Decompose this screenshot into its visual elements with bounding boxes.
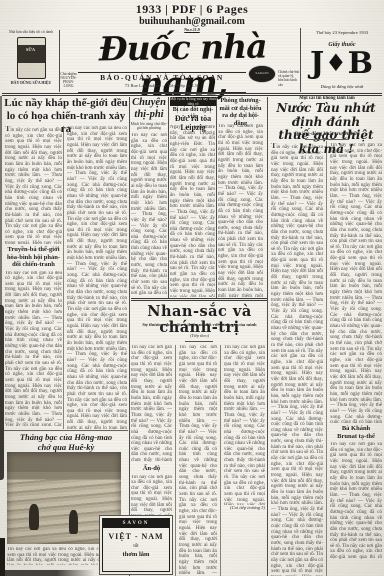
photo-figure-1	[29, 504, 39, 530]
china-headline-line1: Nước Tàu nhứt định đánh	[268, 102, 384, 129]
column-rule-cd	[216, 97, 217, 298]
gossip-title: Chuyện thị-phi	[130, 97, 168, 121]
subcolumn-rule-a	[63, 126, 64, 429]
beauty-rule-2	[131, 300, 267, 301]
ink-stamp-text: SAIGON	[251, 71, 273, 75]
left-ad-caption: HÃY DÙNG SỮA HIỆU	[2, 81, 60, 85]
china-column-2: Tin nầy các nơi gần xa đều có nghe, xin …	[330, 143, 382, 576]
war-column-1: Tin nầy các nơi gần xa đều có nghe, xin …	[5, 126, 62, 429]
beauty-continued: (Tiếp theo)	[131, 333, 268, 338]
leipzig-kicker: Một vụ án lạ lùng xưa nay chưa từng có	[170, 97, 216, 106]
left-ad-note: Nhà bán sữa hiệu tốt có danh	[4, 30, 58, 34]
savon-ad-brand: SAVON	[103, 519, 169, 528]
scan-artifact-bottom	[0, 570, 95, 576]
war-body-2: Tin nầy các nơi gần xa đều có nghe, xin …	[5, 271, 62, 426]
scan-info-line: 1933 | PDF | 6 Pages	[0, 2, 384, 17]
office-box: BÁO-QUÁN VÀ TÒA SOẠN 73 Rue Lagrandière …	[78, 72, 246, 93]
subcolumn-rule-s2	[220, 345, 221, 576]
date-line: Thứ bảy 23 Septembre 1933	[302, 30, 382, 35]
war-body-1: Tin nầy các nơi gần xa đều có nghe, xin …	[5, 126, 62, 244]
beauty-body-3: Tin nầy các nơi gần xa đều có nghe, xin …	[224, 345, 265, 505]
china-subhead-rule	[305, 139, 349, 140]
china-body-3: Tin nầy các nơi gần xa đều có nghe, xin …	[330, 442, 382, 560]
beauty-minihead: Ấn-độ	[131, 465, 172, 473]
beauty-column-2: Tin nầy các nơi gần xa đều có nghe, xin …	[179, 345, 217, 576]
scan-artifact-left-thick	[0, 305, 4, 480]
savon-ad-name: VIỆT - NAM	[103, 532, 169, 541]
job-logo: J♦B	[302, 47, 382, 82]
manager-box: Chánh chủ-bút và quản-lý, bổn báo kính c…	[278, 70, 300, 92]
subcolumn-rule-s1	[175, 345, 176, 576]
war-column-2: Tin nầy các nơi gần xa đều có nghe, xin …	[67, 126, 127, 429]
china-body-2: Tin nầy các nơi gần xa đều có nghe, xin …	[330, 143, 382, 423]
china-body-1: Tin nầy các nơi gần xa đều có nghe, xin …	[271, 143, 323, 576]
gossip-note: Mách lẻo cùng chư độc-giả bốn phương	[130, 122, 168, 131]
leipzig-body: Ngày 21 Septembre nầy, chánh Leipzig bắt…	[170, 125, 215, 297]
beauty-rule-1	[131, 298, 267, 299]
beauty-headline: Nhan-sắc và chánh-trị	[131, 304, 268, 336]
chamber-body: Tin nầy các nơi gần xa đều có nghe, xin …	[218, 124, 263, 297]
office-line1: BÁO-QUÁN VÀ TÒA SOẠN	[78, 73, 246, 83]
obituary-minihead: Bà Khánh Brunat tạ-thế	[330, 425, 382, 440]
savon-ad-line3: tốt	[103, 544, 169, 549]
masthead-rule-1	[2, 93, 382, 94]
masthead-divider-left	[59, 30, 60, 92]
silver-section-rule	[4, 430, 128, 431]
beauty-jump-line: (Coi tiếp trương 3)	[224, 505, 265, 510]
silver-headline-line2: chở qua Huê-kỳ	[4, 443, 128, 453]
column-rule-ab	[129, 97, 130, 576]
job-ad-tagline: Dùng là đứng bậc nhứt	[302, 84, 382, 89]
china-subhead: Quảng-đông khất truyền bữa	[271, 131, 383, 137]
savon-ad-line4: thơm lắm	[103, 551, 169, 558]
office-line2: 73 Rue Lagrandière — Dây thép số 4.56	[78, 83, 246, 89]
beauty-subhead: Sự thương nhớ một cô thiếu-nữ đối với da…	[134, 322, 265, 327]
newspaper-page: 1933 | PDF | 6 Pages buihuuhanh@gmail.co…	[0, 0, 384, 576]
silver-headline: Tháng bạc của Hồng-mao chở qua Huê-kỳ	[4, 433, 128, 452]
job-logo-b: B	[348, 46, 374, 81]
gossip-body: Tin nầy các nơi gần xa đều có nghe, xin …	[131, 133, 167, 297]
scan-artifact-left-thin	[0, 96, 2, 306]
savon-ad: SAVON VIỆT - NAM tốt thơm lắm	[102, 518, 170, 572]
column-rule-bc	[168, 97, 169, 298]
subcolumn-rule-e	[326, 141, 327, 576]
photo-figure-2	[69, 510, 78, 534]
obituary-line1: Bà Khánh	[330, 425, 382, 433]
director-box: Chủ-nhiệm NGUYỄN-PHAN-LONG	[60, 72, 77, 91]
obituary-line2: Brunat tạ-thế	[330, 433, 382, 441]
beauty-column-3: Tin nầy các nơi gần xa đều có nghe, xin …	[224, 345, 265, 576]
beauty-short-rule	[185, 341, 213, 342]
job-logo-diamond-icon: ♦	[325, 46, 348, 80]
beauty-body-1: Tin nầy các nơi gần xa đều có nghe, xin …	[131, 345, 172, 463]
chamber-headline: Phòng thương-mãi cử đại-biểu ra dự đại h…	[218, 97, 263, 127]
milk-can-image	[17, 37, 46, 79]
masthead-divider-right	[300, 28, 301, 92]
leipzig-column: Ngày 21 Septembre nầy, chánh Leipzig bắt…	[170, 125, 215, 297]
job-logo-j: J	[310, 46, 325, 81]
milk-can-label: SỮA	[19, 47, 42, 52]
scan-email-line: buihuuhanh@gmail.com	[0, 16, 384, 27]
war-subhead: Truyền-bá thế-giới hòa-bình hội phản-đối…	[5, 246, 62, 269]
